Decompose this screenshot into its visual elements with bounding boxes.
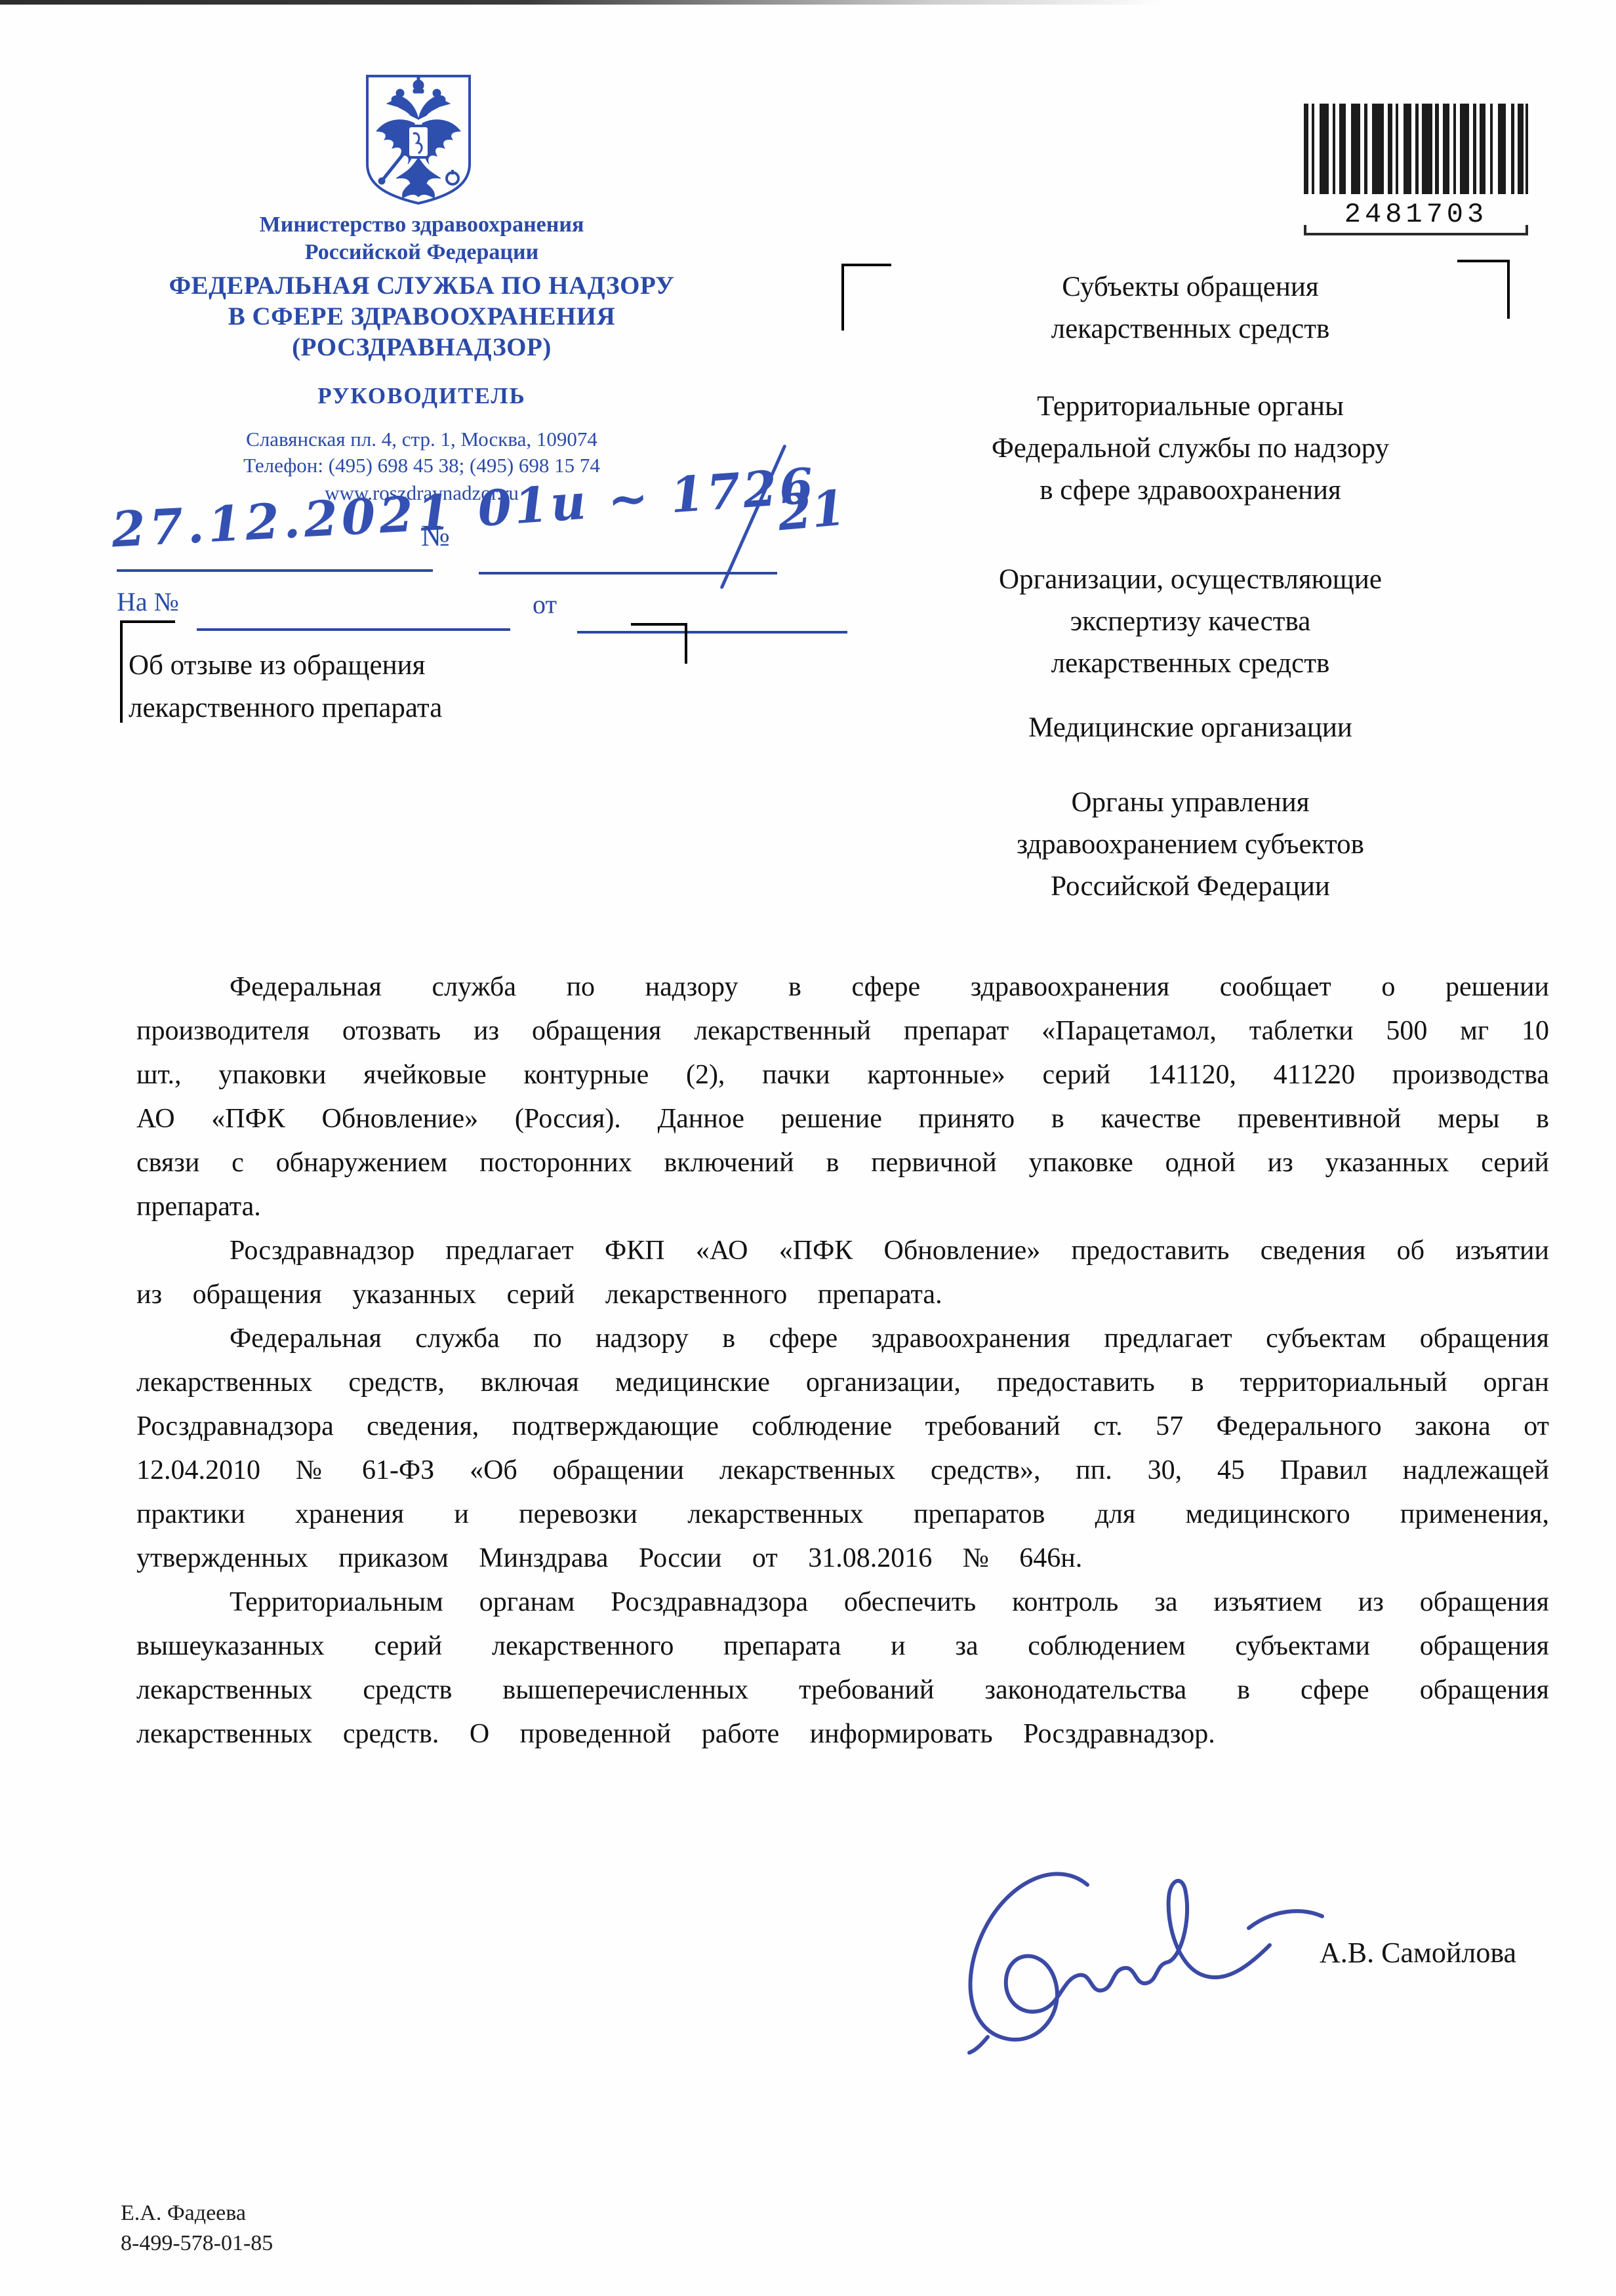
addressee-line: Организации, осуществляющие bbox=[859, 559, 1522, 601]
addressee-group-territorial: Территориальные органы Федеральной служб… bbox=[859, 386, 1522, 512]
subject-line-2: лекарственного препарата bbox=[129, 687, 442, 729]
subject-line-1: Об отзыве из обращения bbox=[129, 644, 442, 687]
subject-block: Об отзыве из обращения лекарственного пр… bbox=[129, 644, 442, 729]
addressee-line: Федеральной службы по надзору bbox=[859, 428, 1522, 470]
addressee-line: в сфере здравоохранения bbox=[859, 470, 1522, 512]
addressee-line: экспертизу качества bbox=[859, 601, 1522, 643]
addressee-line: Российской Федерации bbox=[859, 866, 1522, 908]
number-underline bbox=[479, 572, 777, 574]
body-paragraph-1: Федеральная служба по надзору в сфере зд… bbox=[136, 965, 1549, 1229]
addressee-line: лекарственных средств bbox=[859, 643, 1522, 685]
letter-body: Федеральная служба по надзору в сфере зд… bbox=[136, 965, 1549, 1756]
barcode: 2481703 bbox=[1304, 104, 1528, 235]
number-sign: № bbox=[421, 518, 450, 553]
barcode-frame-tick bbox=[1304, 225, 1306, 235]
russia-coat-of-arms-icon bbox=[362, 71, 475, 206]
executor-block: Е.А. Фадеева 8-499-578-01-85 bbox=[121, 2198, 273, 2259]
service-line-3: (РОСЗДРАВНАДЗОР) bbox=[84, 332, 759, 363]
addressee-line: Органы управления bbox=[859, 782, 1522, 824]
executor-phone: 8-499-578-01-85 bbox=[121, 2228, 273, 2259]
handwritten-signature-icon bbox=[884, 1844, 1343, 2070]
postal-address: Славянская пл. 4, стр. 1, Москва, 109074 bbox=[84, 426, 759, 453]
addressee-group-expertise-orgs: Организации, осуществляющие экспертизу к… bbox=[859, 559, 1522, 685]
addressee-group-subjects: Субъекты обращения лекарственных средств bbox=[859, 266, 1522, 350]
service-name: ФЕДЕРАЛЬНАЯ СЛУЖБА ПО НАДЗОРУ В СФЕРЕ ЗД… bbox=[84, 270, 759, 363]
reply-to-number-label: На № bbox=[117, 586, 179, 617]
position-title: РУКОВОДИТЕЛЬ bbox=[84, 383, 759, 409]
reply-from-label: от bbox=[533, 589, 557, 620]
scanned-letter-page: Министерство здравоохранения Российской … bbox=[0, 0, 1616, 2296]
ministry-line-2: Российской Федерации bbox=[84, 239, 759, 266]
ministry-name: Министерство здравоохранения Российской … bbox=[84, 211, 759, 266]
addressee-group-health-authorities: Органы управления здравоохранением субъе… bbox=[859, 782, 1522, 908]
reply-date-blank-underline bbox=[577, 631, 847, 634]
addressee-line: Субъекты обращения bbox=[859, 266, 1522, 308]
ministry-line-1: Министерство здравоохранения bbox=[84, 211, 759, 239]
date-underline bbox=[117, 569, 433, 572]
scan-artifact-line bbox=[0, 0, 1163, 5]
addressee-group-medical-orgs: Медицинские организации bbox=[859, 707, 1522, 749]
subject-corner-bracket-right bbox=[631, 623, 687, 664]
addressee-line: Территориальные органы bbox=[859, 386, 1522, 428]
barcode-number: 2481703 bbox=[1304, 199, 1528, 235]
body-paragraph-3: Федеральная служба по надзору в сфере зд… bbox=[136, 1317, 1549, 1581]
service-line-2: В СФЕРЕ ЗДРАВООХРАНЕНИЯ bbox=[84, 301, 759, 332]
service-line-1: ФЕДЕРАЛЬНАЯ СЛУЖБА ПО НАДЗОРУ bbox=[84, 270, 759, 301]
body-paragraph-4: Территориальным органам Росздравнадзора … bbox=[136, 1581, 1549, 1756]
executor-name: Е.А. Фадеева bbox=[121, 2198, 273, 2228]
addressee-line: Медицинские организации bbox=[859, 707, 1522, 749]
barcode-bars bbox=[1304, 104, 1528, 194]
handwritten-number-suffix: 21 bbox=[775, 480, 847, 542]
addressee-line: здравоохранением субъектов bbox=[859, 824, 1522, 866]
addressee-line: лекарственных средств bbox=[859, 308, 1522, 350]
barcode-frame-tick bbox=[1525, 225, 1528, 235]
reply-number-blank-underline bbox=[197, 628, 510, 631]
body-paragraph-2: Росздравнадзор предлагает ФКП «АО «ПФК О… bbox=[136, 1229, 1549, 1317]
signer-name: А.В. Самойлова bbox=[1320, 1936, 1516, 1969]
